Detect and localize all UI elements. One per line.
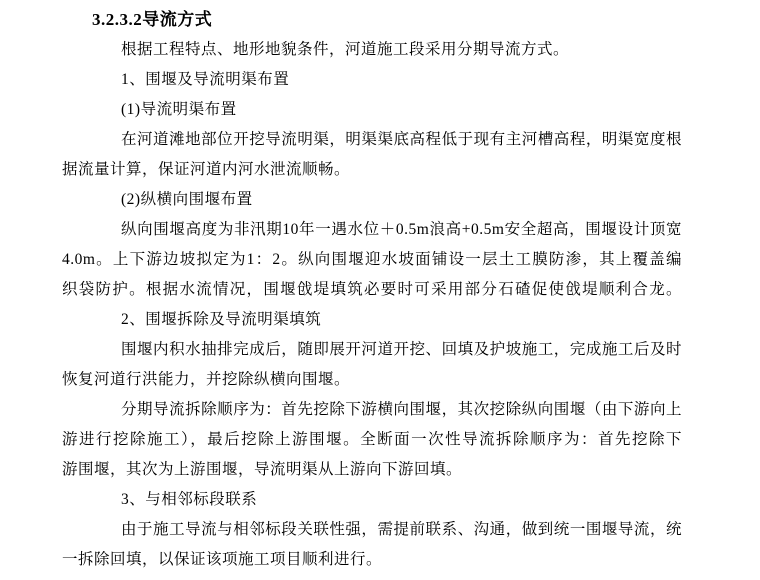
text-line: 在河道滩地部位开挖导流明渠，明渠渠底高程低于现有主河槽高程，明渠宽度根: [62, 125, 682, 155]
text-line: 织袋防护。根据水流情况，围堰戗堤填筑必要时可采用部分石碴促使戗堤顺利合龙。: [62, 275, 682, 305]
text-line: (2)纵横向围堰布置: [62, 185, 682, 215]
text-line: 4.0m。上下游边坡拟定为1：2。纵向围堰迎水坡面铺设一层土工膜防渗，其上覆盖编: [62, 245, 682, 275]
text-line: 分期导流拆除顺序为：首先挖除下游横向围堰，其次挖除纵向围堰（由下游向上: [62, 395, 682, 425]
text-line: 一拆除回填，以保证该项施工项目顺利进行。: [62, 545, 682, 575]
document-lines: 根据工程特点、地形地貌条件，河道施工段采用分期导流方式。1、围堰及导流明渠布置(…: [62, 35, 682, 575]
text-line: 3、与相邻标段联系: [62, 485, 682, 515]
document-page: 3.2.3.2导流方式 根据工程特点、地形地貌条件，河道施工段采用分期导流方式。…: [0, 0, 760, 580]
document-content: 3.2.3.2导流方式 根据工程特点、地形地貌条件，河道施工段采用分期导流方式。…: [62, 5, 682, 575]
text-line: 1、围堰及导流明渠布置: [62, 65, 682, 95]
text-line: 游进行挖除施工），最后挖除上游围堰。全断面一次性导流拆除顺序为：首先挖除下: [62, 425, 682, 455]
text-line: 恢复河道行洪能力，并挖除纵横向围堰。: [62, 365, 682, 395]
text-line: 纵向围堰高度为非汛期10年一遇水位＋0.5m浪高+0.5m安全超高，围堰设计顶宽: [62, 215, 682, 245]
text-line: 据流量计算，保证河道内河水泄流顺畅。: [62, 155, 682, 185]
text-line: 游围堰，其次为上游围堰，导流明渠从上游向下游回填。: [62, 455, 682, 485]
text-line: (1)导流明渠布置: [62, 95, 682, 125]
section-heading: 3.2.3.2导流方式: [62, 5, 682, 35]
text-line: 根据工程特点、地形地貌条件，河道施工段采用分期导流方式。: [62, 35, 682, 65]
text-line: 2、围堰拆除及导流明渠填筑: [62, 305, 682, 335]
text-line: 由于施工导流与相邻标段关联性强，需提前联系、沟通，做到统一围堰导流，统: [62, 515, 682, 545]
text-line: 围堰内积水抽排完成后，随即展开河道开挖、回填及护坡施工，完成施工后及时: [62, 335, 682, 365]
